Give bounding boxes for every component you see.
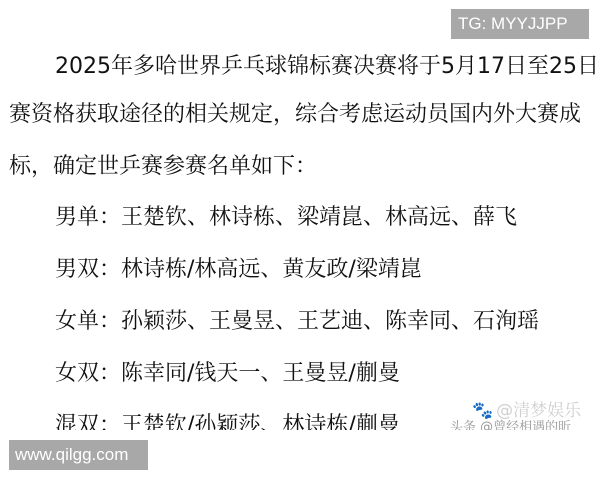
- roster-players: 王楚钦、林诗栋、梁靖崑、林高远、薛飞: [121, 205, 517, 230]
- roster-label: 混双：: [55, 413, 121, 430]
- roster-label: 男单：: [55, 205, 121, 230]
- roster-players: 王楚钦/孙颖莎、林诗栋/蒯曼: [121, 413, 400, 430]
- intro-line-1: 2025年多哈世界乒乓球锦标赛决赛将于5月17日至25日: [55, 52, 599, 82]
- roster-row-mens-doubles: 男双：林诗栋/林高远、黄友政/梁靖崑: [55, 255, 422, 285]
- roster-row-mens-singles: 男单：王楚钦、林诗栋、梁靖崑、林高远、薛飞: [55, 203, 517, 233]
- roster-row-mixed-doubles: 混双：王楚钦/孙颖莎、林诗栋/蒯曼: [55, 411, 400, 430]
- watermark-secondary: 头条 @曾经相遇的昕: [450, 416, 571, 430]
- roster-players: 陈幸同/钱天一、王曼昱/蒯曼: [121, 361, 400, 386]
- roster-label: 女双：: [55, 361, 121, 386]
- roster-players: 孙颖莎、王曼昱、王艺迪、陈幸同、石洵瑶: [121, 309, 539, 334]
- tg-badge: TG: MYYJJPP: [451, 9, 589, 39]
- roster-label: 女单：: [55, 309, 121, 334]
- roster-row-womens-doubles: 女双：陈幸同/钱天一、王曼昱/蒯曼: [55, 359, 400, 389]
- intro-line-3: 标，确定世乒赛参赛名单如下：: [9, 152, 317, 182]
- site-badge: www.qilgg.com: [9, 440, 148, 470]
- roster-players: 林诗栋/林高远、黄友政/梁靖崑: [121, 257, 422, 282]
- intro-line-2: 赛资格获取途径的相关规定，综合考虑运动员国内外大赛成: [9, 100, 581, 130]
- document-image: 2025年多哈世界乒乓球锦标赛决赛将于5月17日至25日 赛资格获取途径的相关规…: [0, 0, 600, 430]
- roster-row-womens-singles: 女单：孙颖莎、王曼昱、王艺迪、陈幸同、石洵瑶: [55, 307, 539, 337]
- roster-label: 男双：: [55, 257, 121, 282]
